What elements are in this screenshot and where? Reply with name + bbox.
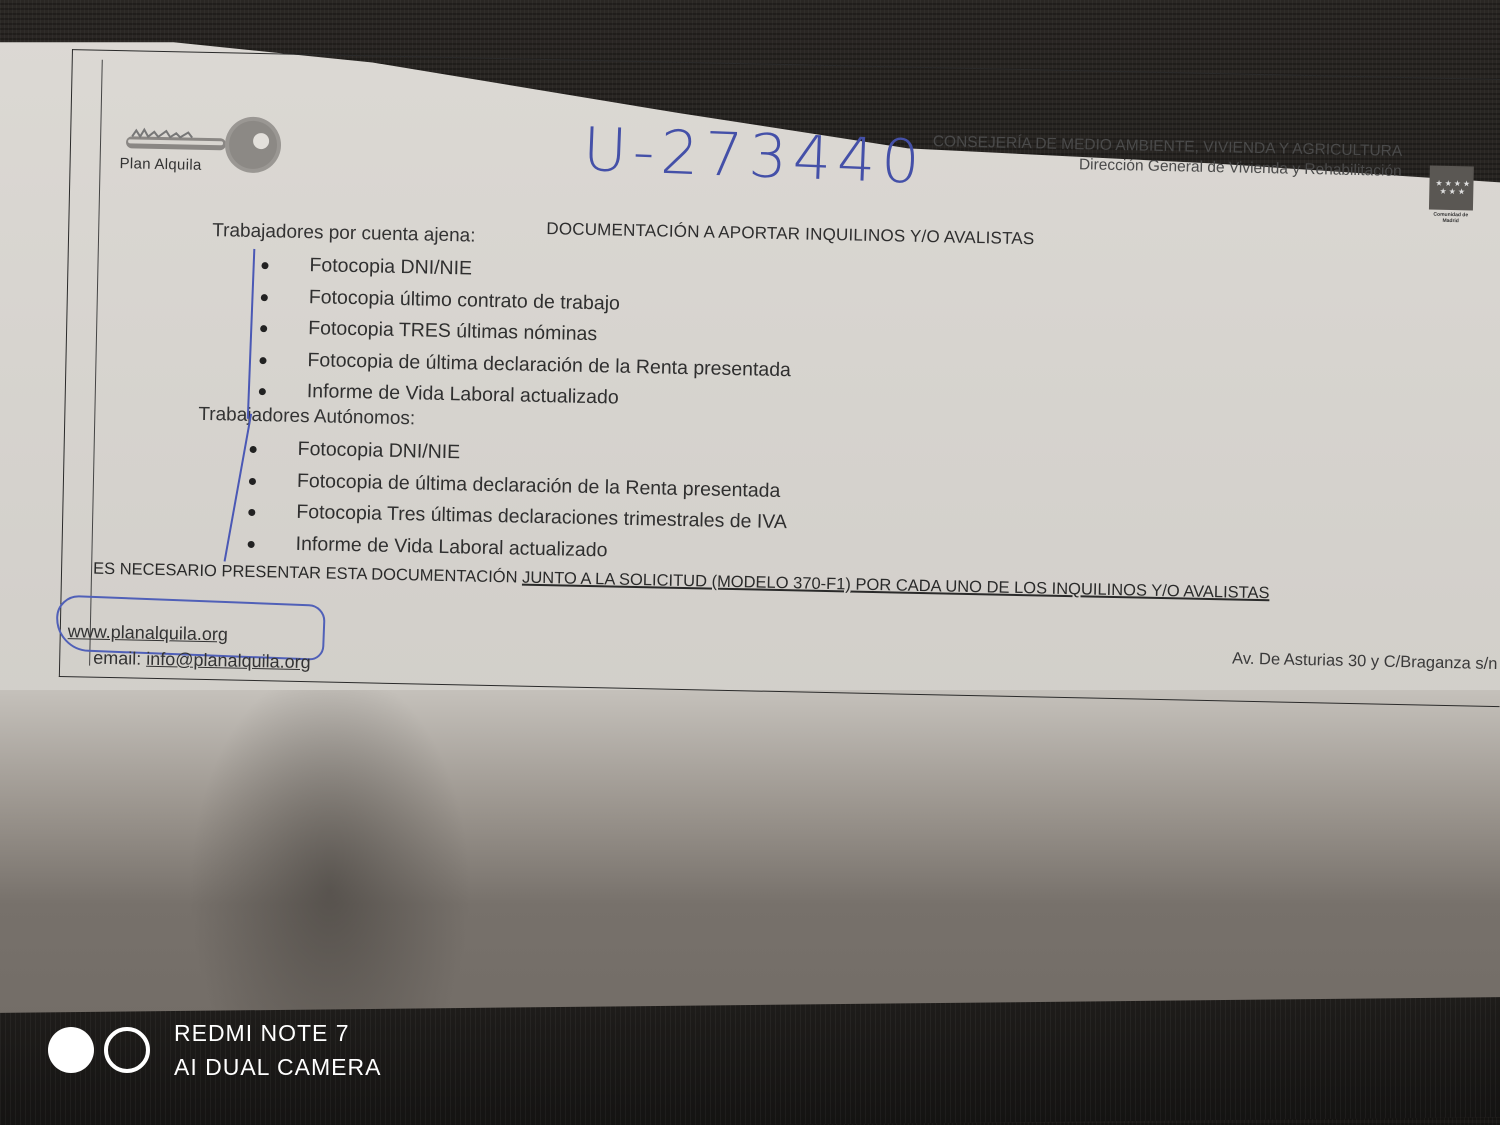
bullet-icon	[260, 325, 267, 332]
filled-circle-icon	[48, 1027, 94, 1073]
regional-logo-text: Comunidad de Madrid	[1429, 212, 1473, 225]
email-link[interactable]: info@planalquila.org	[146, 649, 311, 672]
bullet-icon	[250, 446, 257, 453]
ring-circle-icon	[104, 1027, 150, 1073]
handwritten-reference: U-273440	[582, 115, 927, 198]
watermark-line-2: AI DUAL CAMERA	[174, 1050, 381, 1084]
section-heading-self-employed: Trabajadores Autónomos:	[198, 404, 415, 431]
self-employed-list: Fotocopia DNI/NIE Fotocopia de última de…	[243, 437, 788, 574]
employees-list: Fotocopia DNI/NIE Fotocopia último contr…	[254, 253, 793, 422]
bullet-icon	[261, 262, 268, 269]
bullet-icon	[248, 509, 255, 516]
camera-watermark: REDMI NOTE 7 AI DUAL CAMERA	[48, 1016, 381, 1084]
bullet-icon	[259, 388, 266, 395]
bullet-icon	[259, 357, 266, 364]
bullet-icon	[261, 294, 268, 301]
bullet-icon	[248, 540, 255, 547]
key-logo-icon	[117, 112, 288, 186]
regional-logo: ★★★★ ★★★ Comunidad de Madrid	[1429, 166, 1474, 225]
document: Plan Alquila U-273440 CONSEJERÍA DE MEDI…	[7, 48, 1500, 719]
logo-text: Plan Alquila	[119, 155, 201, 174]
website-link[interactable]: www.planalquila.org	[68, 621, 228, 645]
stars-flag-icon: ★★★★ ★★★	[1429, 166, 1474, 211]
bullet-icon	[249, 477, 256, 484]
watermark-line-1: REDMI NOTE 7	[174, 1016, 381, 1050]
paper-shadow-area	[0, 690, 1500, 1020]
